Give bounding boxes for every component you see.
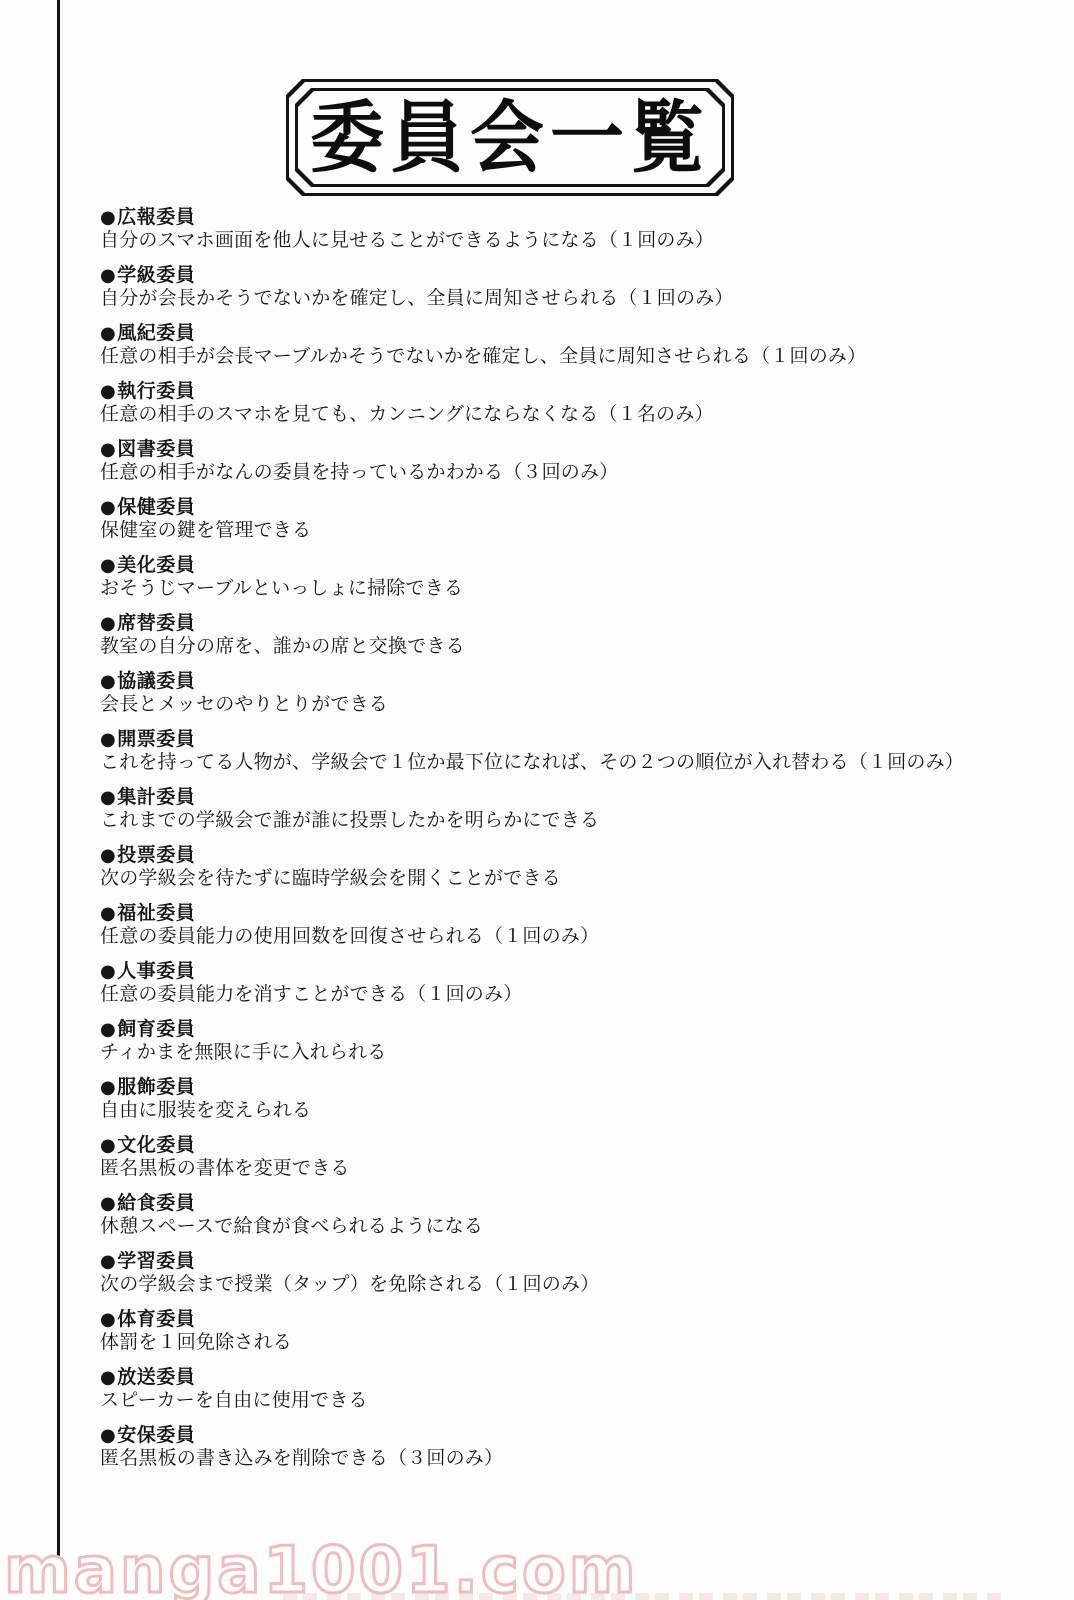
watermark: manga1001.com xyxy=(4,1534,638,1600)
committee-description: 任意の相手がなんの委員を持っているかわかる（３回のみ） xyxy=(100,461,1040,485)
bullet-icon: ● xyxy=(100,555,116,576)
committee-item: ●保健委員 保健室の鍵を管理できる xyxy=(100,496,1040,543)
title-plate: 委員会一覧 xyxy=(286,79,734,196)
committee-name-text: 安保委員 xyxy=(117,1424,195,1446)
committee-name: ●広報委員 xyxy=(100,206,1040,229)
committee-name-text: 放送委員 xyxy=(117,1366,195,1388)
committee-name: ●学習委員 xyxy=(100,1250,1040,1273)
committee-name: ●福祉委員 xyxy=(100,902,1040,925)
committee-name-text: 執行委員 xyxy=(117,380,195,402)
bullet-icon: ● xyxy=(100,845,116,866)
committee-name-text: 人事委員 xyxy=(117,960,195,982)
committee-description: 次の学級会を待たずに臨時学級会を開くことができる xyxy=(100,867,1040,891)
committee-item: ●給食委員 休憩スペースで給食が食べられるようになる xyxy=(100,1192,1040,1239)
committee-description: 匿名黒板の書き込みを削除できる（３回のみ） xyxy=(100,1447,1040,1471)
committee-name-text: 美化委員 xyxy=(117,554,195,576)
committee-name-text: 風紀委員 xyxy=(117,322,195,344)
bullet-icon: ● xyxy=(100,1193,116,1214)
committee-item: ●放送委員 スピーカーを自由に使用できる xyxy=(100,1366,1040,1413)
committee-name-text: 服飾委員 xyxy=(117,1076,195,1098)
committee-name: ●風紀委員 xyxy=(100,322,1040,345)
bullet-icon: ● xyxy=(100,1019,116,1040)
committee-list: ●広報委員 自分のスマホ画面を他人に見せることができるようになる（１回のみ） ●… xyxy=(100,206,1040,1482)
committee-description: 体罰を１回免除される xyxy=(100,1331,1040,1355)
bullet-icon: ● xyxy=(100,323,116,344)
committee-name: ●体育委員 xyxy=(100,1308,1040,1331)
bullet-icon: ● xyxy=(100,1425,116,1446)
committee-name-text: 福祉委員 xyxy=(117,902,195,924)
committee-name-text: 学習委員 xyxy=(117,1250,195,1272)
committee-item: ●図書委員 任意の相手がなんの委員を持っているかわかる（３回のみ） xyxy=(100,438,1040,485)
committee-description: 自分のスマホ画面を他人に見せることができるようになる（１回のみ） xyxy=(100,229,1040,253)
committee-name-text: 体育委員 xyxy=(117,1308,195,1330)
committee-name: ●人事委員 xyxy=(100,960,1040,983)
committee-description: 匿名黒板の書体を変更できる xyxy=(100,1157,1040,1181)
committee-name: ●文化委員 xyxy=(100,1134,1040,1157)
committee-name: ●飼育委員 xyxy=(100,1018,1040,1041)
committee-item: ●服飾委員 自由に服装を変えられる xyxy=(100,1076,1040,1123)
committee-item: ●集計委員 これまでの学級会で誰が誰に投票したかを明らかにできる xyxy=(100,786,1040,833)
committee-item: ●体育委員 体罰を１回免除される xyxy=(100,1308,1040,1355)
committee-item: ●風紀委員 任意の相手が会長マーブルかそうでないかを確定し、全員に周知させられる… xyxy=(100,322,1040,369)
bullet-icon: ● xyxy=(100,729,116,750)
committee-item: ●学習委員 次の学級会まで授業（タップ）を免除される（１回のみ） xyxy=(100,1250,1040,1297)
bullet-icon: ● xyxy=(100,613,116,634)
committee-description: 任意の委員能力の使用回数を回復させられる（１回のみ） xyxy=(100,925,1040,949)
committee-description: 自分が会長かそうでないかを確定し、全員に周知させられる（１回のみ） xyxy=(100,287,1040,311)
committee-item: ●開票委員 これを持ってる人物が、学級会で１位か最下位になれば、その２つの順位が… xyxy=(100,728,1040,775)
committee-name: ●放送委員 xyxy=(100,1366,1040,1389)
committee-description: 休憩スペースで給食が食べられるようになる xyxy=(100,1215,1040,1239)
committee-name-text: 開票委員 xyxy=(117,728,195,750)
committee-description: チィかまを無限に手に入れられる xyxy=(100,1041,1040,1065)
committee-description: 任意の相手が会長マーブルかそうでないかを確定し、全員に周知させられる（１回のみ） xyxy=(100,345,1040,369)
bullet-icon: ● xyxy=(100,381,116,402)
committee-name-text: 図書委員 xyxy=(117,438,195,460)
committee-item: ●席替委員 教室の自分の席を、誰かの席と交換できる xyxy=(100,612,1040,659)
committee-item: ●協議委員 会長とメッセのやりとりができる xyxy=(100,670,1040,717)
committee-name-text: 文化委員 xyxy=(117,1134,195,1156)
title-plate-face: 委員会一覧 xyxy=(298,91,722,184)
committee-description: 教室の自分の席を、誰かの席と交換できる xyxy=(100,635,1040,659)
page-title: 委員会一覧 xyxy=(310,99,710,177)
committee-name-text: 広報委員 xyxy=(117,206,195,228)
bullet-icon: ● xyxy=(100,1251,116,1272)
bullet-icon: ● xyxy=(100,497,116,518)
committee-name: ●図書委員 xyxy=(100,438,1040,461)
bullet-icon: ● xyxy=(100,903,116,924)
committee-item: ●飼育委員 チィかまを無限に手に入れられる xyxy=(100,1018,1040,1065)
committee-item: ●人事委員 任意の委員能力を消すことができる（１回のみ） xyxy=(100,960,1040,1007)
committee-description: 次の学級会まで授業（タップ）を免除される（１回のみ） xyxy=(100,1273,1040,1297)
committee-item: ●学級委員 自分が会長かそうでないかを確定し、全員に周知させられる（１回のみ） xyxy=(100,264,1040,311)
committee-description: これまでの学級会で誰が誰に投票したかを明らかにできる xyxy=(100,809,1040,833)
bullet-icon: ● xyxy=(100,265,116,286)
committee-name: ●学級委員 xyxy=(100,264,1040,287)
bullet-icon: ● xyxy=(100,787,116,808)
committee-name-text: 学級委員 xyxy=(117,264,195,286)
committee-name: ●美化委員 xyxy=(100,554,1040,577)
committee-name: ●執行委員 xyxy=(100,380,1040,403)
committee-description: 任意の相手のスマホを見ても、カンニングにならなくなる（１名のみ） xyxy=(100,403,1040,427)
committee-item: ●安保委員 匿名黒板の書き込みを削除できる（３回のみ） xyxy=(100,1424,1040,1471)
committee-description: スピーカーを自由に使用できる xyxy=(100,1389,1040,1413)
bullet-icon: ● xyxy=(100,439,116,460)
bullet-icon: ● xyxy=(100,1077,116,1098)
bullet-icon: ● xyxy=(100,1367,116,1388)
bullet-icon: ● xyxy=(100,961,116,982)
committee-name: ●服飾委員 xyxy=(100,1076,1040,1099)
committee-name: ●安保委員 xyxy=(100,1424,1040,1447)
committee-description: これを持ってる人物が、学級会で１位か最下位になれば、その２つの順位が入れ替わる（… xyxy=(100,751,1040,775)
committee-name-text: 集計委員 xyxy=(117,786,195,808)
committee-item: ●文化委員 匿名黒板の書体を変更できる xyxy=(100,1134,1040,1181)
committee-name: ●給食委員 xyxy=(100,1192,1040,1215)
bullet-icon: ● xyxy=(100,1309,116,1330)
committee-name-text: 飼育委員 xyxy=(117,1018,195,1040)
committee-description: おそうじマーブルといっしょに掃除できる xyxy=(100,577,1040,601)
bullet-icon: ● xyxy=(100,1135,116,1156)
committee-description: 保健室の鍵を管理できる xyxy=(100,519,1040,543)
committee-name: ●投票委員 xyxy=(100,844,1040,867)
committee-name-text: 給食委員 xyxy=(117,1192,195,1214)
committee-description: 任意の委員能力を消すことができる（１回のみ） xyxy=(100,983,1040,1007)
page-left-border-line xyxy=(57,0,60,1592)
committee-name: ●集計委員 xyxy=(100,786,1040,809)
committee-item: ●投票委員 次の学級会を待たずに臨時学級会を開くことができる xyxy=(100,844,1040,891)
committee-name: ●協議委員 xyxy=(100,670,1040,693)
committee-name: ●席替委員 xyxy=(100,612,1040,635)
bullet-icon: ● xyxy=(100,671,116,692)
committee-name: ●開票委員 xyxy=(100,728,1040,751)
committee-description: 自由に服装を変えられる xyxy=(100,1099,1040,1123)
committee-name: ●保健委員 xyxy=(100,496,1040,519)
committee-description: 会長とメッセのやりとりができる xyxy=(100,693,1040,717)
committee-name-text: 投票委員 xyxy=(117,844,195,866)
bullet-icon: ● xyxy=(100,207,116,228)
committee-item: ●美化委員 おそうじマーブルといっしょに掃除できる xyxy=(100,554,1040,601)
committee-name-text: 席替委員 xyxy=(117,612,195,634)
committee-item: ●広報委員 自分のスマホ画面を他人に見せることができるようになる（１回のみ） xyxy=(100,206,1040,253)
committee-item: ●執行委員 任意の相手のスマホを見ても、カンニングにならなくなる（１名のみ） xyxy=(100,380,1040,427)
committee-item: ●福祉委員 任意の委員能力の使用回数を回復させられる（１回のみ） xyxy=(100,902,1040,949)
committee-name-text: 協議委員 xyxy=(117,670,195,692)
committee-name-text: 保健委員 xyxy=(117,496,195,518)
